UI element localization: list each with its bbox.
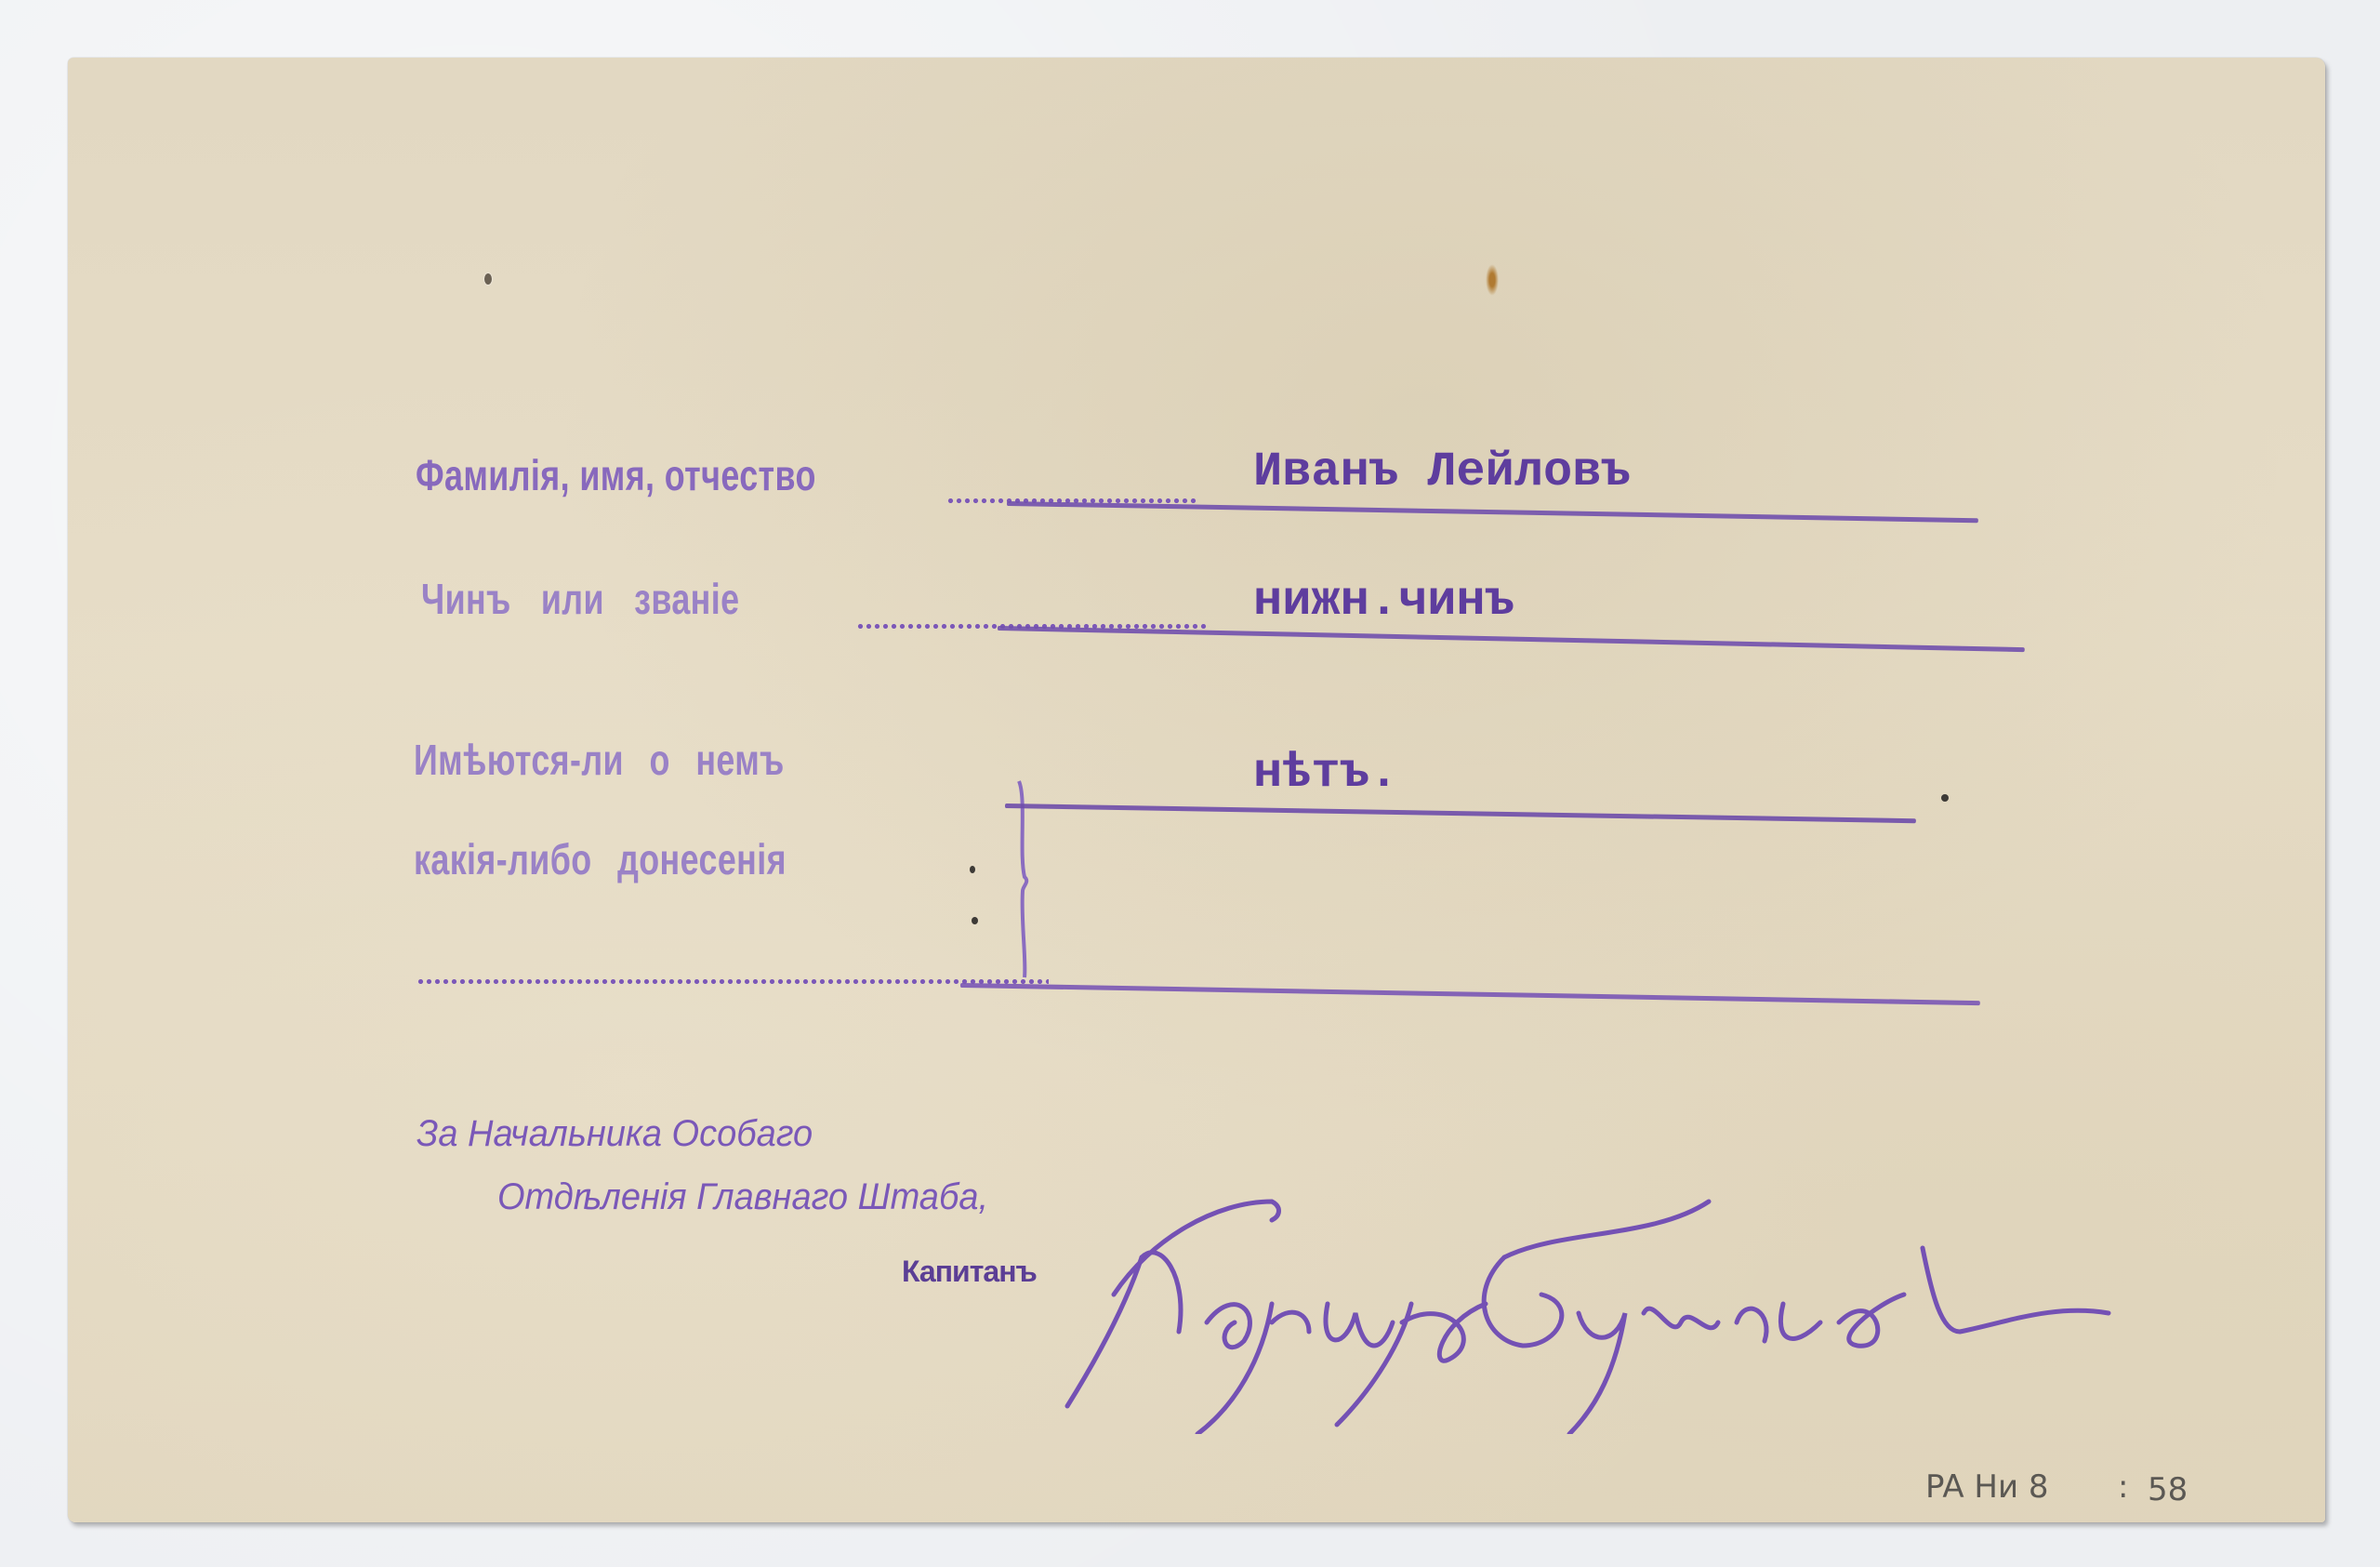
field-label-reports-line1: Имѣются-ли о немъ <box>414 735 785 785</box>
field-value-rank: нижн.чинъ <box>1253 574 1514 629</box>
field-label-reports-line2: какія-либо донесенія <box>414 834 787 884</box>
postcard: Фамилія, имя, отчество Иванъ Лейловъ Чин… <box>68 58 2325 1522</box>
blank-underline <box>960 983 1980 1005</box>
ink-speck <box>1941 794 1949 802</box>
field-value-full-name: Иванъ Лейловъ <box>1253 445 1631 499</box>
field-label-rank: Чинъ или званіе <box>421 574 739 624</box>
blank-dotted-line <box>416 979 1049 984</box>
field-label-full-name: Фамилія, имя, отчество <box>416 450 816 500</box>
brace-dot <box>972 917 978 924</box>
archive-number: 58 <box>2148 1471 2188 1508</box>
full-name-underline <box>1007 501 1978 523</box>
rust-stain <box>1486 264 1499 296</box>
signature <box>1002 1183 2276 1434</box>
rank-underline <box>998 626 2025 652</box>
field-value-reports: нѣтъ. <box>1253 746 1398 801</box>
reports-underline <box>1005 803 1916 823</box>
footer-line-2: Отдѣленія Главнаго Штаба, <box>497 1176 988 1218</box>
ink-speck <box>970 866 975 873</box>
archive-code: PA Hи 8 <box>1925 1468 2049 1506</box>
curly-brace-icon <box>1011 779 1039 979</box>
pinhole <box>484 273 492 285</box>
archive-separator: : <box>2118 1468 2128 1506</box>
footer-line-1: За Начальника Особаго <box>416 1113 813 1155</box>
